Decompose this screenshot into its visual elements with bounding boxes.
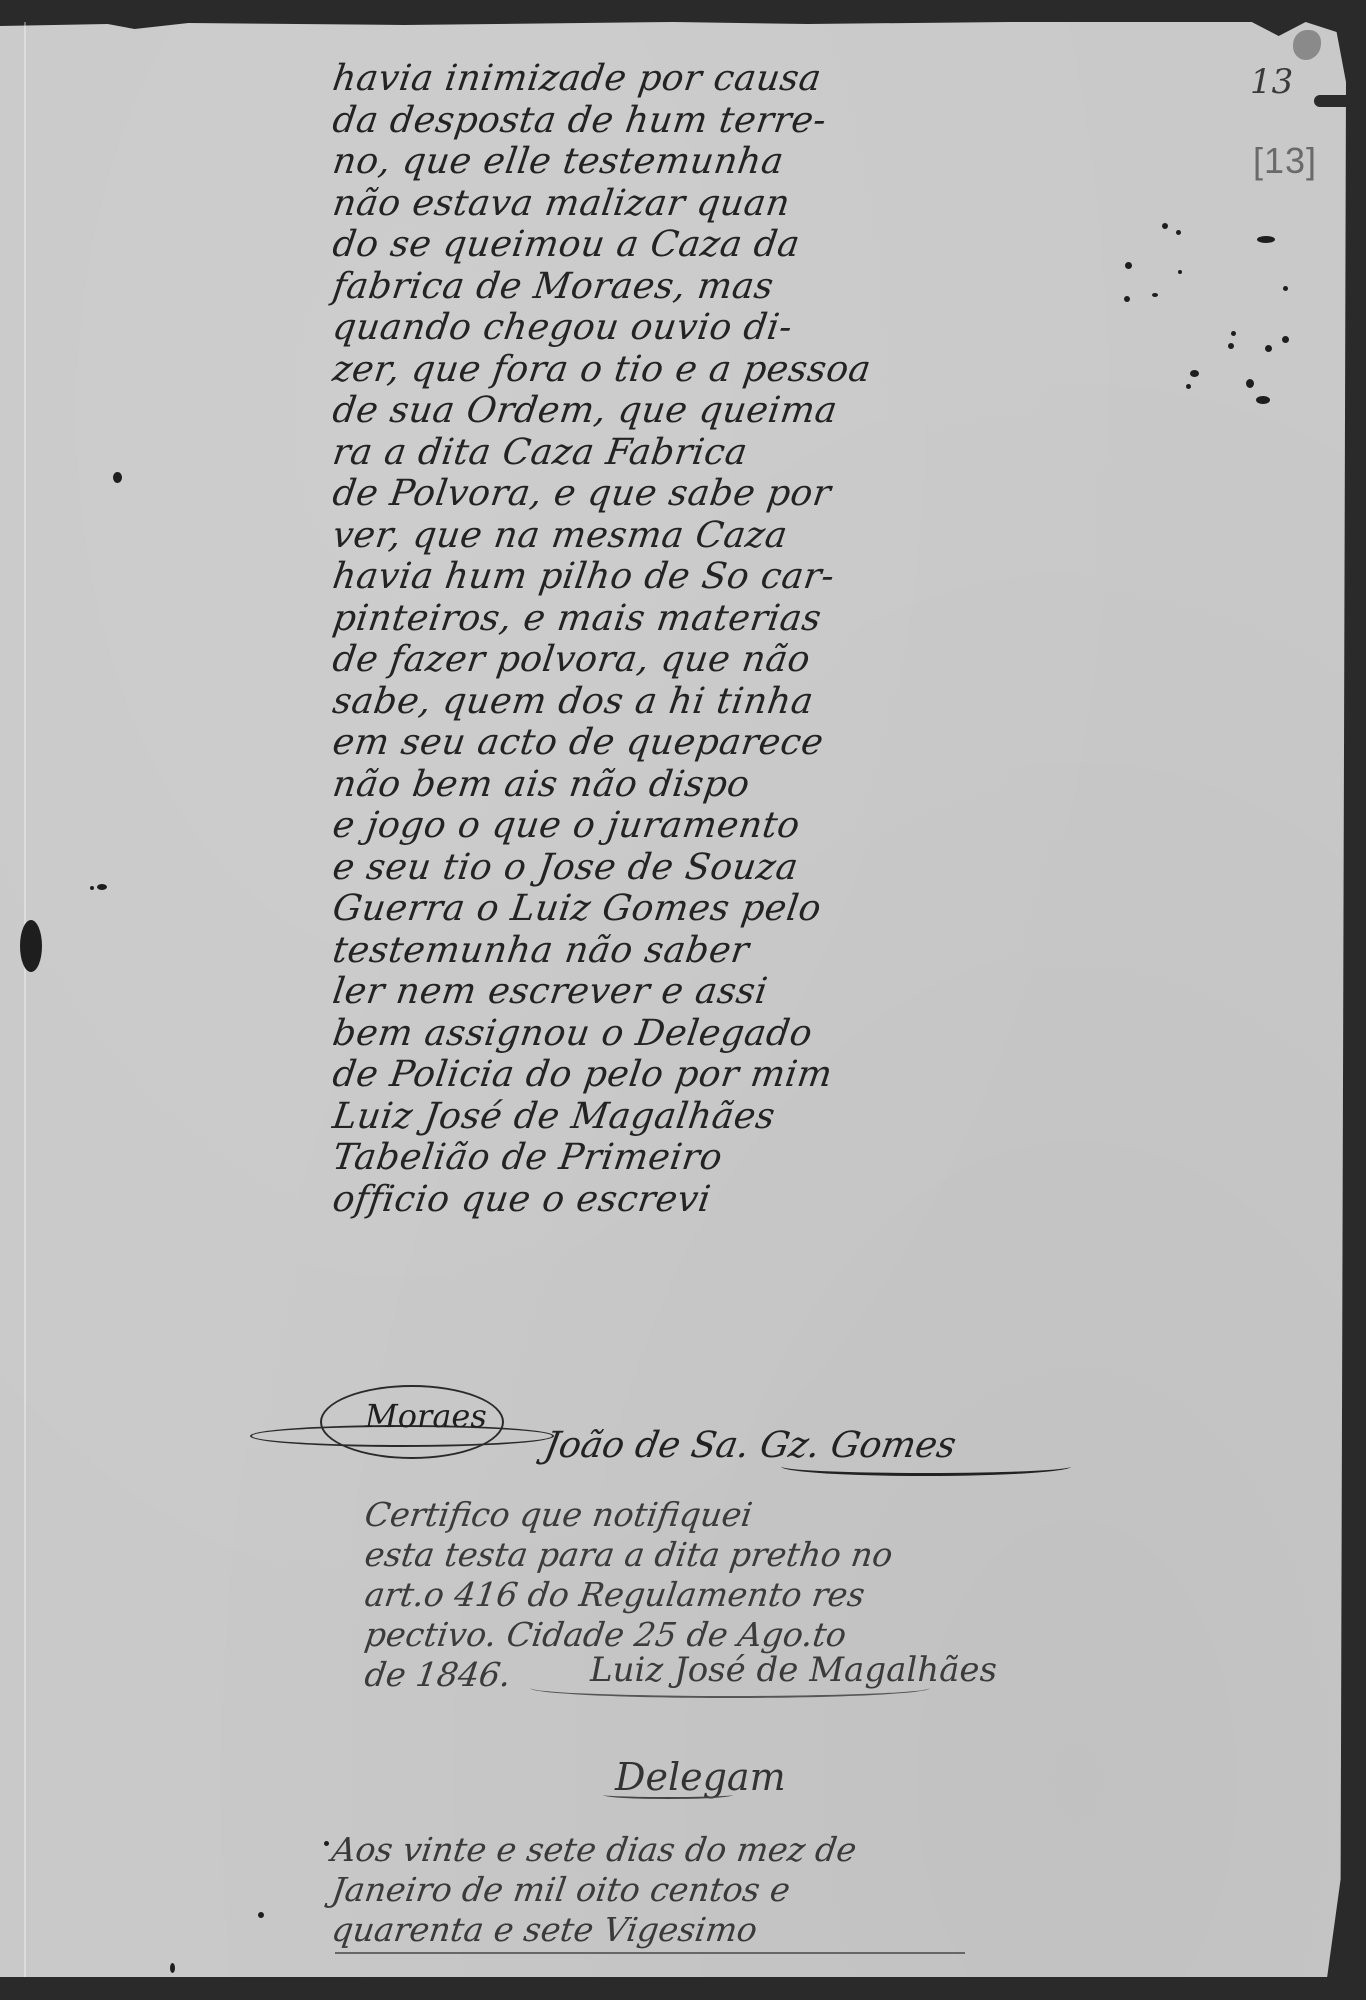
ink-speck bbox=[1283, 286, 1288, 291]
ink-speck bbox=[97, 884, 107, 890]
body-line: havia hum pilho de So car- bbox=[330, 556, 1096, 598]
body-line: em seu acto de queparece bbox=[330, 722, 1096, 764]
note-line: art.o 416 do Regulamento res bbox=[362, 1575, 1128, 1615]
ink-speck bbox=[1282, 336, 1289, 343]
heading-flourish bbox=[603, 1791, 733, 1799]
body-line: e seu tio o Jose de Souza bbox=[330, 847, 1096, 889]
page-fold-line bbox=[24, 22, 26, 1977]
section-heading: Delegam bbox=[615, 1755, 786, 1799]
body-line: havia inimizade por causa bbox=[330, 58, 1096, 100]
ink-speck bbox=[1125, 262, 1132, 269]
body-line: não bem ais não dispo bbox=[330, 764, 1096, 806]
body-line: ler nem escrever e assi bbox=[330, 971, 1096, 1013]
closing-underline bbox=[335, 1952, 965, 1954]
ink-speck bbox=[170, 1963, 175, 1973]
body-line: Tabelião de Primeiro bbox=[330, 1137, 1096, 1179]
ink-speck bbox=[324, 1841, 329, 1846]
body-line: da desposta de hum terre- bbox=[330, 100, 1096, 142]
ink-speck bbox=[1162, 223, 1168, 229]
ink-speck bbox=[1228, 343, 1234, 349]
body-line: no, que elle testemunha bbox=[330, 141, 1096, 183]
ink-speck bbox=[1265, 345, 1272, 352]
ink-speck bbox=[1190, 370, 1199, 377]
note-line: Certifico que notifiquei bbox=[362, 1495, 1128, 1535]
body-line: pinteiros, e mais materias bbox=[330, 598, 1096, 640]
body-line: quando chegou ouvio di- bbox=[330, 307, 1096, 349]
ink-speck bbox=[1257, 236, 1275, 243]
body-line: e jogo o que o juramento bbox=[330, 805, 1096, 847]
ink-speck bbox=[258, 1912, 264, 1918]
body-line: de fazer polvora, que não bbox=[330, 639, 1096, 681]
body-line: fabrica de Moraes, mas bbox=[330, 266, 1096, 308]
ink-blot bbox=[20, 920, 42, 972]
closing-line: Aos vinte e sete dias do mez de bbox=[329, 1830, 1135, 1870]
ink-speck bbox=[1178, 270, 1182, 274]
signature-joao: João de Sa. Gz. Gomes bbox=[541, 1425, 959, 1466]
ink-speck bbox=[1186, 384, 1191, 389]
ink-speck bbox=[1176, 230, 1181, 235]
folio-number-ink: 13 bbox=[1250, 62, 1293, 102]
body-line: de Policia do pelo por mim bbox=[330, 1054, 1096, 1096]
signature-underline-flourish bbox=[530, 1678, 930, 1698]
body-line: officio que o escrevi bbox=[330, 1179, 1096, 1221]
body-line: zer, que fora o tio e a pessoa bbox=[330, 349, 1096, 391]
body-line: ra a dita Caza Fabrica bbox=[330, 432, 1096, 474]
ink-speck bbox=[113, 472, 122, 483]
closing-line: quarenta e sete Vigesimo bbox=[329, 1910, 1135, 1950]
signature-name: Moraes bbox=[365, 1397, 487, 1435]
body-line: do se queimou a Caza da bbox=[330, 224, 1096, 266]
ink-speck bbox=[90, 886, 94, 890]
note-signature: Luiz José de Magalhães bbox=[590, 1650, 997, 1690]
ink-speck bbox=[1231, 331, 1236, 336]
ink-speck bbox=[1256, 396, 1270, 404]
body-line: testemunha não saber bbox=[330, 930, 1096, 972]
body-line: de Polvora, e que sabe por bbox=[330, 473, 1096, 515]
ink-speck bbox=[1152, 293, 1158, 297]
body-line: Luiz José de Magalhães bbox=[330, 1096, 1096, 1138]
closing-paragraph: Aos vinte e sete dias do mez de Janeiro … bbox=[332, 1830, 1132, 1950]
note-line: esta testa para a dita pretho no bbox=[362, 1535, 1128, 1575]
body-line: não estava malizar quan bbox=[330, 183, 1096, 225]
ink-speck bbox=[1124, 296, 1130, 302]
body-line: ver, que na mesma Caza bbox=[330, 515, 1096, 557]
body-line: bem assignou o Delegado bbox=[330, 1013, 1096, 1055]
ink-speck bbox=[1246, 379, 1254, 388]
body-line: de sua Ordem, que queima bbox=[330, 390, 1096, 432]
signature-moraes: Moraes bbox=[250, 1375, 560, 1470]
body-line: Guerra o Luiz Gomes pelo bbox=[330, 888, 1096, 930]
closing-line: Janeiro de mil oito centos e bbox=[329, 1870, 1135, 1910]
body-line: sabe, quem dos a hi tinha bbox=[330, 681, 1096, 723]
body-text: havia inimizade por causa da desposta de… bbox=[330, 58, 1090, 1220]
note-line: pectivo. Cidade 25 de Ago.to bbox=[362, 1615, 1128, 1655]
torn-edge-notch bbox=[1314, 95, 1352, 107]
folio-number-pencil: [13] bbox=[1253, 140, 1317, 182]
